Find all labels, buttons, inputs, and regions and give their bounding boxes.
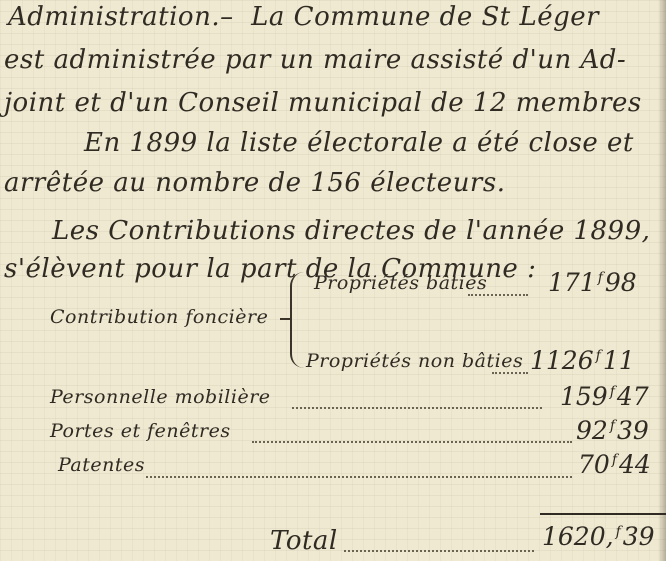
page-edge-shadow bbox=[658, 0, 666, 561]
admin-text: La Commune de St Léger bbox=[251, 2, 599, 32]
item-label-personnelle-mobiliere: Personnelle mobilière bbox=[50, 386, 271, 408]
brace bbox=[290, 272, 306, 368]
leader-dots bbox=[492, 372, 528, 374]
leader-dots bbox=[252, 441, 572, 443]
amount-proprietes-baties: 171f98 bbox=[548, 268, 637, 297]
item-label-portes-fenetres: Portes et fenêtres bbox=[50, 420, 231, 442]
section-heading: Administration.– bbox=[8, 2, 234, 32]
item-label-patentes: Patentes bbox=[58, 454, 145, 476]
fonciere-label: Contribution foncière bbox=[50, 306, 268, 328]
electoral-line-2: arrêtée au nombre de 156 électeurs. bbox=[4, 168, 505, 198]
leader-dots bbox=[344, 550, 534, 552]
item-label-proprietes-non-baties: Propriétés non bâties bbox=[306, 350, 523, 372]
leader-dots bbox=[292, 407, 542, 409]
amount-total: 1620,f39 bbox=[542, 522, 655, 551]
amount-patentes: 70f44 bbox=[578, 450, 651, 479]
admin-line-1: Administration.– La Commune de St Léger bbox=[8, 2, 599, 32]
admin-line-3: joint et d'un Conseil municipal de 12 me… bbox=[4, 88, 642, 118]
electoral-line-1: En 1899 la liste électorale a été close … bbox=[84, 128, 634, 158]
total-label: Total bbox=[270, 526, 338, 556]
leader-dots bbox=[146, 476, 572, 478]
amount-portes-fenetres: 92f39 bbox=[576, 416, 649, 445]
amount-personnelle-mobiliere: 159f47 bbox=[560, 382, 649, 411]
item-label-proprietes-baties: Propriétés bâties bbox=[314, 272, 487, 294]
admin-line-2: est administrée par un maire assisté d'u… bbox=[4, 45, 626, 75]
brace-tip bbox=[280, 318, 290, 320]
leader-dots bbox=[468, 294, 528, 296]
total-rule bbox=[540, 513, 666, 515]
amount-proprietes-non-baties: 1126f11 bbox=[530, 346, 635, 375]
contributions-line-1: Les Contributions directes de l'année 18… bbox=[52, 216, 650, 246]
